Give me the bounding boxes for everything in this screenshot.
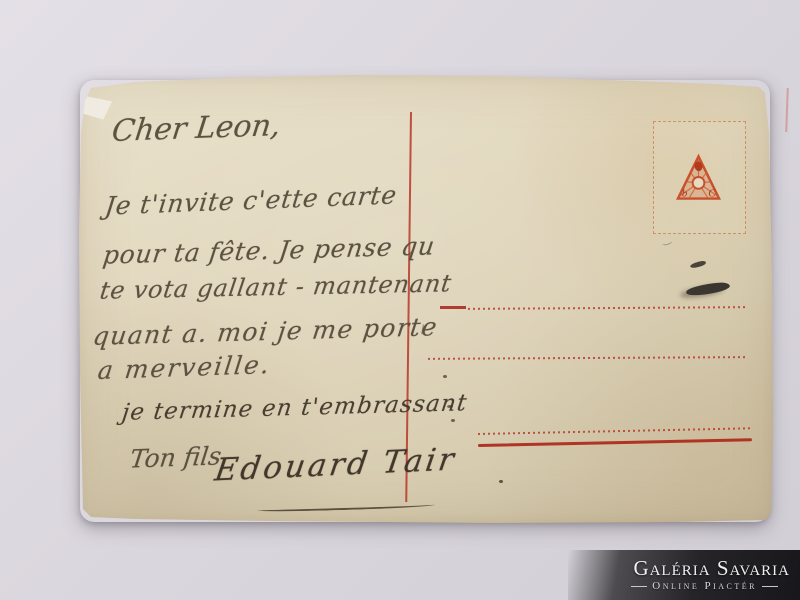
stamp-triangle-sunburst-logo-icon: b C [675,153,722,203]
stamp-logo-letter-left: b [682,188,688,200]
ink-smudge [686,281,731,296]
address-line-3 [478,427,752,435]
message-line: quant a. moi je me porte [91,312,440,351]
postcard: b C Cher Leon, Je t'invite c'ette carte … [75,73,775,525]
ink-smudge [690,260,707,269]
message-line: Je t'invite c'ette carte [103,180,398,220]
watermark-subtitle-row: Online Piactér [631,581,778,592]
address-line-1 [468,306,747,310]
message-closing: Ton fils [128,441,223,473]
stamp-logo-letter-right: C [708,188,716,200]
ink-speck [443,375,447,378]
signature: Edouard Tair [212,441,459,488]
address-line-1-dash [440,306,466,309]
address-line-2 [428,356,747,360]
message-line: te vota gallant - mantenant [98,269,453,304]
address-baseline [478,438,752,447]
message-salutation: Cher Leon, [110,108,283,149]
watermark-dash-left [631,586,647,587]
signature-flourish-underline [257,503,435,513]
message-line: pour ta fête. Je pense qu [101,231,437,269]
message-line: a merveille. [96,350,272,385]
watermark-subtitle: Online Piactér [652,581,757,592]
watermark-title: Galéria Savaria [633,558,790,579]
ink-speck [451,419,455,422]
message-line: je termine en t'embrassant [120,390,469,426]
ink-dot [499,480,503,483]
postcard-photo: b C Cher Leon, Je t'invite c'ette carte … [0,0,800,600]
watermark-banner: Galéria Savaria Online Piactér [568,550,800,600]
background-scratch [785,88,788,132]
watermark-dash-right [762,586,778,587]
pencil-squiggle [662,239,673,246]
